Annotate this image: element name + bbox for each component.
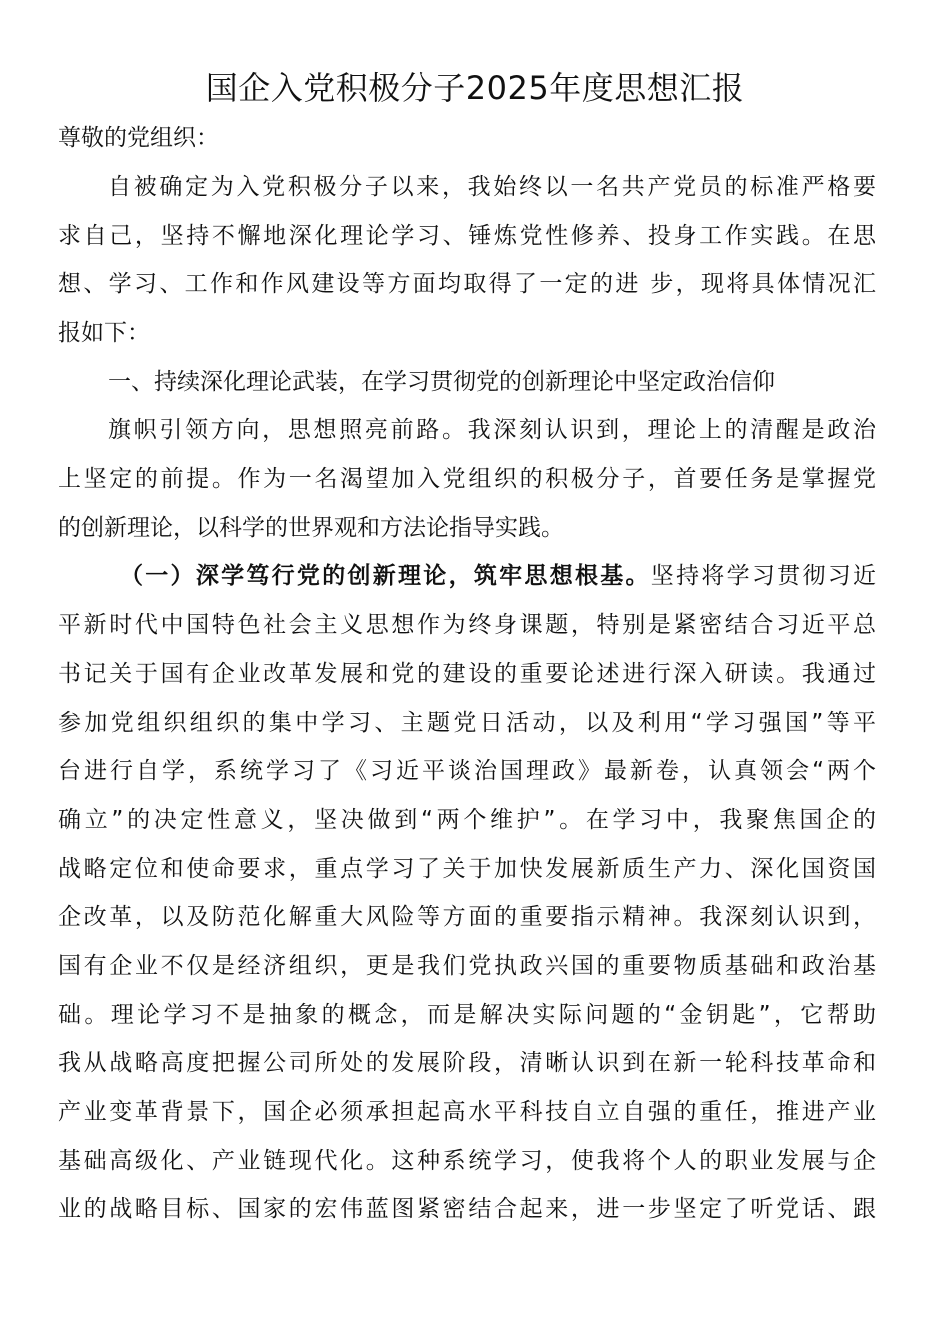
section1-line: 的创新理论，以科学的世界观和方法论指导实践。 [58, 512, 876, 544]
document-page: 国企入党积极分子2025年度思想汇报 尊敬的党组织： 自被确定为入党积极分子以来… [0, 0, 950, 1344]
body-line: 战略定位和使命要求，重点学习了关于加快发展新质生产力、深化国资国 [58, 853, 876, 885]
section1-line: 上坚定的前提。作为一名渴望加入党组织的积极分子，首要任务是掌握党 [58, 463, 876, 495]
body-line: 企改革，以及防范化解重大风险等方面的重要指示精神。我深刻认识到， [58, 901, 876, 933]
section1-line: 旗帜引领方向，思想照亮前路。我深刻认识到，理论上的清醒是政治 [108, 414, 876, 446]
subsection-first-line: （一）深学笃行党的创新理论，筑牢思想根基。坚持将学习贯彻习近 [120, 560, 876, 592]
intro-line: 报如下： [58, 317, 876, 349]
body-line: 础。理论学习不是抽象的概念，而是解决实际问题的“金钥匙”，它帮助 [58, 999, 876, 1031]
body-line: 平新时代中国特色社会主义思想作为终身课题，特别是紧密结合习近平总 [58, 609, 876, 641]
subsection-text: 坚持将学习贯彻习近 [651, 563, 876, 589]
document-title: 国企入党积极分子2025年度思想汇报 [0, 66, 950, 110]
body-line: 确立”的决定性意义，坚决做到“两个维护”。在学习中，我聚焦国企的 [58, 804, 876, 836]
intro-line: 想、学习、工作和作风建设等方面均取得了一定的进 步，现将具体情况汇 [58, 268, 876, 300]
subsection-heading: （一）深学笃行党的创新理论，筑牢思想根基。 [120, 563, 651, 589]
body-line: 台进行自学，系统学习了《习近平谈治国理政》最新卷，认真领会“两个 [58, 755, 876, 787]
intro-line: 自被确定为入党积极分子以来，我始终以一名共产党员的标准严格要 [108, 171, 876, 203]
salutation: 尊敬的党组织： [58, 122, 876, 154]
section-heading-1: 一、持续深化理论武装，在学习贯彻党的创新理论中坚定政治信仰 [108, 366, 876, 398]
body-line: 我从战略高度把握公司所处的发展阶段，清晰认识到在新一轮科技革命和 [58, 1047, 876, 1079]
body-line: 书记关于国有企业改革发展和党的建设的重要论述进行深入研读。我通过 [58, 658, 876, 690]
body-line: 基础高级化、产业链现代化。这种系统学习，使我将个人的职业发展与企 [58, 1145, 876, 1177]
body-line: 国有企业不仅是经济组织，更是我们党执政兴国的重要物质基础和政治基 [58, 950, 876, 982]
body-line: 产业变革背景下，国企必须承担起高水平科技自立自强的重任，推进产业 [58, 1096, 876, 1128]
body-line: 参加党组织组织的集中学习、主题党日活动，以及利用“学习强国”等平 [58, 707, 876, 739]
intro-line: 求自己，坚持不懈地深化理论学习、锤炼党性修养、投身工作实践。在思 [58, 220, 876, 252]
body-line: 业的战略目标、国家的宏伟蓝图紧密结合起来，进一步坚定了听党话、跟 [58, 1193, 876, 1225]
